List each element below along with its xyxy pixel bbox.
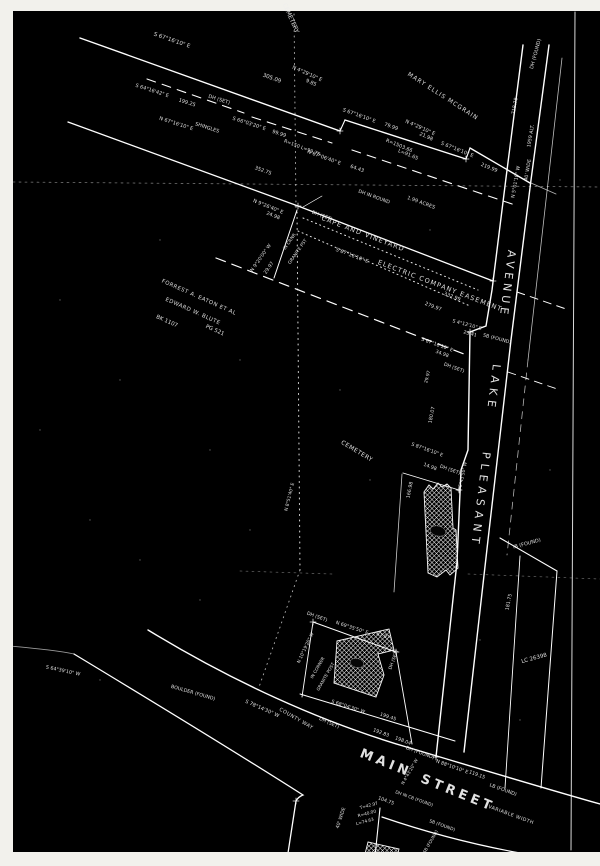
easement-lines	[216, 196, 566, 390]
plat-linework	[0, 0, 600, 866]
film-specks	[39, 179, 560, 720]
main-street-lines	[0, 630, 600, 866]
buildings-group	[334, 483, 458, 861]
survey-plat-page: CEMETERYS 67°16'10" E305.09MARY ELLIS MC…	[0, 0, 600, 866]
survey-station-crosses	[293, 128, 496, 804]
lc-parcel-lines	[500, 538, 557, 788]
scan-artifact-lines	[13, 12, 600, 850]
pleasant-lake-avenue-lines	[436, 45, 562, 757]
small-hatched-structure	[365, 842, 399, 861]
cemetery-fence-dotted	[258, 14, 300, 690]
top-road-lines	[68, 38, 556, 206]
